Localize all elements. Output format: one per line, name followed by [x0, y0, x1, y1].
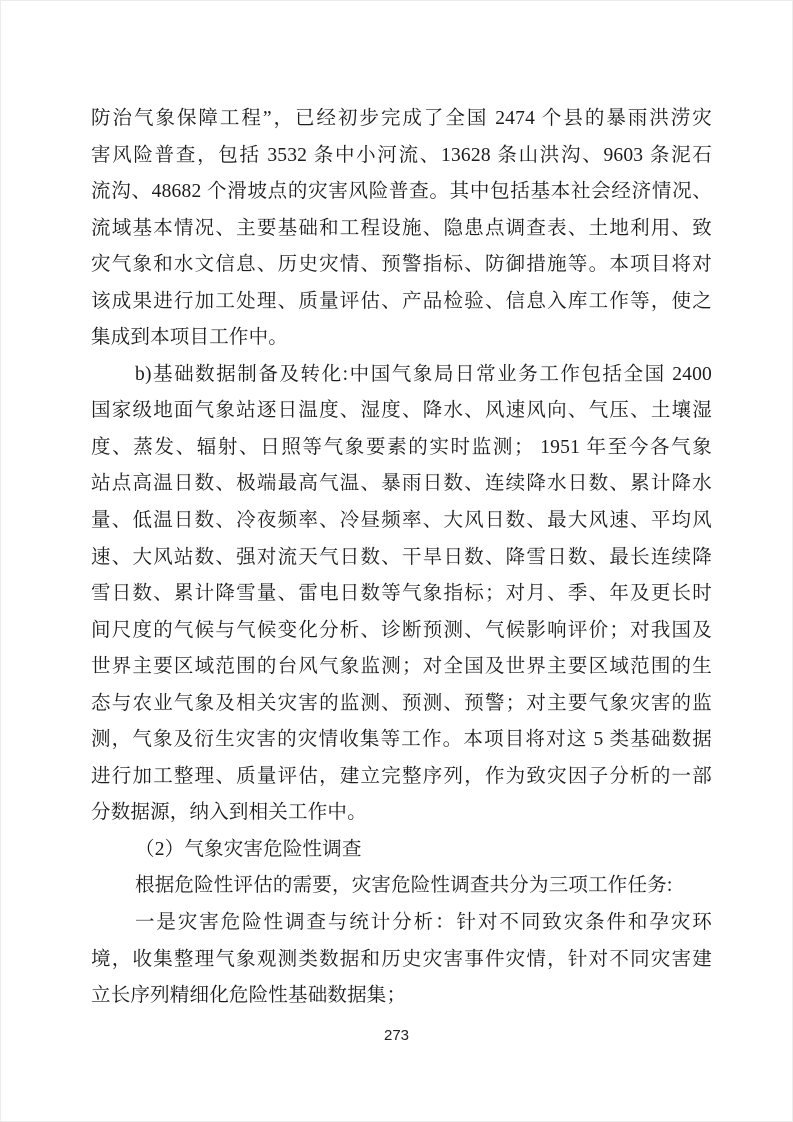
text-line: 该成果进行加工处理、质量评估、产品检验、信息入库工作等，使之 — [91, 284, 712, 321]
page-number: 273 — [1, 1027, 792, 1044]
text-line: 境，收集整理气象观测类数据和历史灾害事件灾情，针对不同灾害建 — [91, 942, 712, 979]
text-line: b)基础数据制备及转化:中国气象局日常业务工作包括全国 2400 — [91, 357, 712, 394]
text-line: 灾气象和水文信息、历史灾情、预警指标、防御措施等。本项目将对 — [91, 247, 712, 284]
text-line: 量、低温日数、冷夜频率、冷昼频率、大风日数、最大风速、平均风 — [91, 503, 712, 540]
text-line: 速、大风站数、强对流天气日数、干旱日数、降雪日数、最长连续降 — [91, 540, 712, 577]
text-line: 流沟、48682 个滑坡点的灾害风险普查。其中包括基本社会经济情况、 — [91, 174, 712, 211]
text-line: 一是灾害危险性调查与统计分析：针对不同致灾条件和孕灾环 — [91, 905, 712, 942]
text-line: 站点高温日数、极端最高气温、暴雨日数、连续降水日数、累计降水 — [91, 466, 712, 503]
text-line: 分数据源，纳入到相关工作中。 — [91, 795, 712, 832]
text-line: 防治气象保障工程”，已经初步完成了全国 2474 个县的暴雨洪涝灾 — [91, 101, 712, 138]
text-line: 国家级地面气象站逐日温度、湿度、降水、风速风向、气压、土壤湿 — [91, 393, 712, 430]
text-line: 流域基本情况、主要基础和工程设施、隐患点调查表、土地利用、致 — [91, 211, 712, 248]
text-line: 进行加工整理、质量评估，建立完整序列，作为致灾因子分析的一部 — [91, 759, 712, 796]
text-line: 集成到本项目工作中。 — [91, 320, 712, 357]
text-line: 根据危险性评估的需要，灾害危险性调查共分为三项工作任务: — [91, 868, 712, 905]
text-line: 雪日数、累计降雪量、雷电日数等气象指标；对月、季、年及更长时 — [91, 576, 712, 613]
text-line: 立长序列精细化危险性基础数据集； — [91, 978, 712, 1015]
text-line: 害风险普查，包括 3532 条中小河流、13628 条山洪沟、9603 条泥石 — [91, 138, 712, 175]
text-line: （2）气象灾害危险性调查 — [91, 832, 712, 869]
text-line: 世界主要区域范围的台风气象监测；对全国及世界主要区域范围的生 — [91, 649, 712, 686]
document-text-block: 防治气象保障工程”，已经初步完成了全国 2474 个县的暴雨洪涝灾害风险普查，包… — [91, 101, 712, 1015]
text-line: 度、蒸发、辐射、日照等气象要素的实时监测； 1951 年至今各气象 — [91, 430, 712, 467]
document-page: 防治气象保障工程”，已经初步完成了全国 2474 个县的暴雨洪涝灾害风险普查，包… — [0, 0, 793, 1122]
text-line: 测，气象及衍生灾害的灾情收集等工作。本项目将对这 5 类基础数据 — [91, 722, 712, 759]
text-line: 间尺度的气候与气候变化分析、诊断预测、气候影响评价；对我国及 — [91, 613, 712, 650]
text-line: 态与农业气象及相关灾害的监测、预测、预警；对主要气象灾害的监 — [91, 686, 712, 723]
